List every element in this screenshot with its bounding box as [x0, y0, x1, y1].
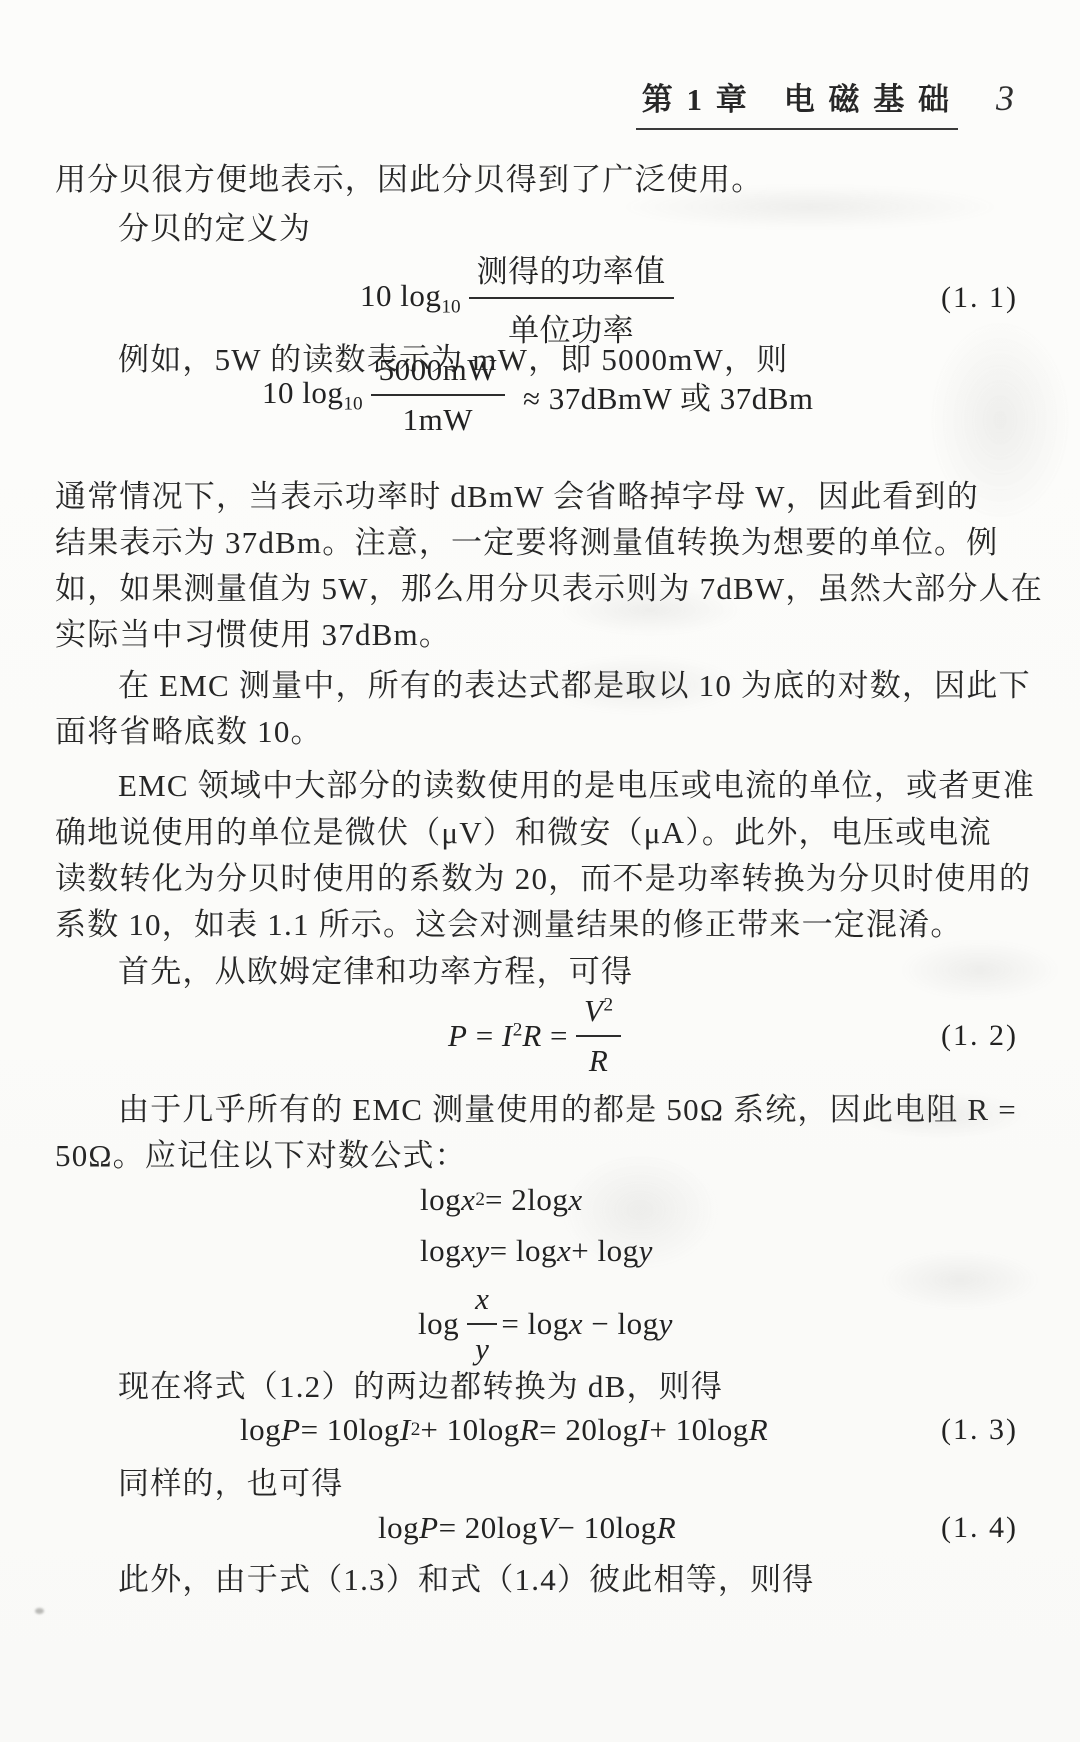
- fraction-numerator: 5000mW: [371, 352, 505, 396]
- equation-log-product: logxy = logx + logy: [0, 1233, 1018, 1269]
- body-line: 结果表示为 37dBm。注意，一定要将测量值转换为想要的单位。例: [55, 523, 998, 563]
- scan-speck: [35, 1608, 44, 1614]
- formula-suffix: = logx − logy: [501, 1306, 673, 1342]
- fraction-denominator: R: [589, 1037, 608, 1079]
- body-line: 用分贝很方便地表示，因此分贝得到了广泛使用。: [55, 160, 763, 200]
- body-line: 系数 10，如表 1.1 所示。这会对测量结果的修正带来一定混淆。: [55, 905, 963, 945]
- equation-number: (1. 2): [941, 1019, 1018, 1053]
- body-line: 50Ω。应记住以下对数公式：: [55, 1136, 467, 1176]
- fraction-numerator: x: [467, 1281, 497, 1325]
- fraction-denominator: 1mW: [403, 396, 473, 438]
- body-line: 面将省略底数 10。: [55, 712, 323, 752]
- body-line: 在 EMC 测量中，所有的表达式都是取以 10 为底的对数，因此下: [118, 666, 1031, 706]
- fraction-numerator: 测得的功率值: [469, 246, 674, 299]
- formula-lhs: P = I2R =: [448, 1018, 568, 1054]
- body-line: 如，如果测量值为 5W，那么用分贝表示则为 7dBW，虽然大部分人在: [55, 569, 1043, 609]
- formula-log2: logxy = logx + logy: [420, 1233, 653, 1269]
- equation-number: (1. 1): [941, 281, 1018, 315]
- equation-1-1: 10 log10 测得的功率值 单位功率 (1. 1): [0, 246, 1018, 350]
- body-line: 分贝的定义为: [118, 209, 311, 249]
- formula-prefix: 10 log10: [360, 278, 461, 319]
- equation-log-quotient: log x y = logx − logy: [0, 1281, 1018, 1367]
- body-line: 实际当中习惯使用 37dBm。: [55, 615, 451, 655]
- fraction: V2 R: [576, 993, 621, 1079]
- page-number: 3: [996, 77, 1014, 119]
- fraction: 测得的功率值 单位功率: [469, 246, 674, 350]
- body-line: 读数转化为分贝时使用的系数为 20，而不是功率转换为分贝时使用的: [55, 859, 1031, 899]
- equation-1-4: logP = 20logV − 10logR (1. 4): [0, 1510, 1018, 1546]
- formula-prefix: 10 log10: [262, 375, 363, 416]
- fraction-denominator: y: [475, 1325, 489, 1367]
- formula-result: ≈ 37dBmW 或 37dBm: [523, 373, 814, 418]
- formula-logP-current: logP = 10logI2 + 10logR = 20logI + 10log…: [240, 1412, 768, 1448]
- scan-smudge: [900, 940, 1060, 1000]
- formula-log3: log x y = logx − logy: [418, 1281, 673, 1367]
- body-line: 首先，从欧姆定律和功率方程，可得: [118, 952, 633, 992]
- equation-1-2: P = I2R = V2 R (1. 2): [0, 993, 1018, 1079]
- body-line: 此外，由于式（1.3）和式（1.4）彼此相等，则得: [118, 1560, 815, 1600]
- formula-db-definition: 10 log10 测得的功率值 单位功率: [360, 246, 682, 350]
- formula-prefix: log: [418, 1306, 459, 1342]
- body-line: 现在将式（1.2）的两边都转换为 dB，则得: [118, 1367, 723, 1407]
- chapter-heading: 第 1 章 电 磁 基 础: [636, 74, 958, 130]
- equation-example-5000mw: 10 log10 5000mW 1mW ≈ 37dBmW 或 37dBm: [0, 352, 1018, 438]
- body-line: EMC 领域中大部分的读数使用的是电压或电流的单位，或者更准: [118, 766, 1035, 806]
- page-header: 第 1 章 电 磁 基 础 3: [636, 74, 1014, 130]
- body-line: 确地说使用的单位是微伏（μV）和微安（μA）。此外，电压或电流: [55, 813, 992, 853]
- formula-power: P = I2R = V2 R: [448, 993, 629, 1079]
- scanned-book-page: 第 1 章 电 磁 基 础 3 用分贝很方便地表示，因此分贝得到了广泛使用。 分…: [0, 0, 1080, 1742]
- body-line: 通常情况下，当表示功率时 dBmW 会省略掉字母 W，因此看到的: [55, 477, 979, 517]
- body-line: 同样的，也可得: [118, 1464, 343, 1504]
- formula-logP-voltage: logP = 20logV − 10logR: [378, 1510, 676, 1546]
- equation-1-3: logP = 10logI2 + 10logR = 20logI + 10log…: [0, 1412, 1018, 1448]
- fraction-numerator: V2: [576, 993, 621, 1037]
- body-line: 由于几乎所有的 EMC 测量使用的都是 50Ω 系统，因此电阻 R =: [118, 1090, 1017, 1130]
- equation-number: (1. 3): [941, 1413, 1018, 1447]
- fraction: 5000mW 1mW: [371, 352, 505, 438]
- fraction: x y: [467, 1281, 497, 1367]
- formula-example: 10 log10 5000mW 1mW ≈ 37dBmW 或 37dBm: [262, 352, 814, 438]
- equation-number: (1. 4): [941, 1511, 1018, 1545]
- equation-log-square: logx2 = 2logx: [0, 1182, 1018, 1218]
- formula-log1: logx2 = 2logx: [420, 1182, 583, 1218]
